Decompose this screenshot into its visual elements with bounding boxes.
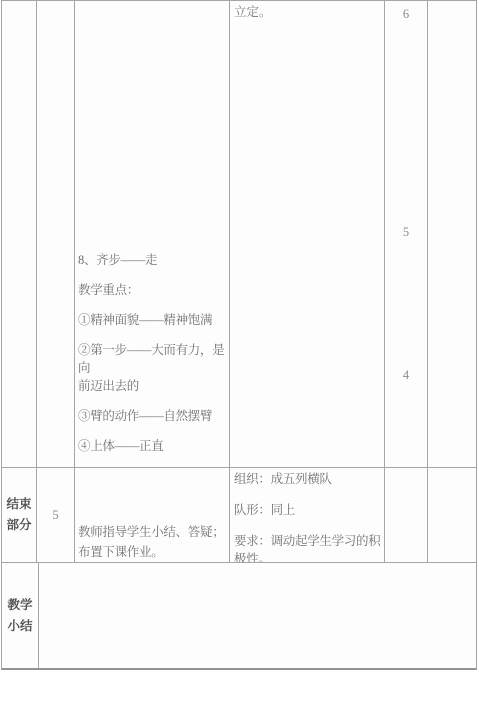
ending-minutes-cell-empty (385, 468, 428, 562)
minutes-value-top: 6 (385, 5, 427, 23)
time-cell-empty (37, 1, 75, 467)
content-line-point-4: ④上体——正直 (78, 437, 227, 455)
teaching-content-cell: 8、齐步——走 教学重点： ①精神面貌——精神饱满 ②第一步——大而有力，是向 … (75, 1, 230, 467)
teaching-summary-row: 教学小结 (2, 562, 476, 668)
content-line-exercise-title: 8、齐步——走 (78, 251, 227, 269)
ending-stage-cell: 结束部分 (2, 468, 37, 562)
ending-stage-label: 结束部分 (5, 494, 33, 536)
ending-org-line-queue: 队形：同上 (234, 501, 382, 519)
main-activity-row: 8、齐步——走 教学重点： ①精神面貌——精神饱满 ②第一步——大而有力，是向 … (2, 1, 476, 467)
ending-duration-cell: 5 (37, 468, 75, 562)
summary-label: 教学小结 (5, 595, 35, 637)
minutes-value-bottom: 4 (385, 366, 427, 384)
ending-remarks-cell-empty (428, 468, 476, 562)
content-line-point-3: ③臂的动作——自然摆臂 (78, 407, 227, 425)
summary-content-cell-empty (39, 563, 476, 668)
ending-duration-value: 5 (52, 508, 58, 523)
lesson-plan-table: 8、齐步——走 教学重点： ①精神面貌——精神饱满 ②第一步——大而有力，是向 … (1, 0, 477, 670)
content-line-point-1: ①精神面貌——精神饱满 (78, 311, 227, 329)
organization-text: 立定。 (234, 5, 272, 19)
minutes-value-middle: 5 (385, 223, 427, 241)
content-line-key-points-heading: 教学重点： (78, 281, 227, 299)
remarks-cell-empty (428, 1, 476, 467)
summary-label-cell: 教学小结 (2, 563, 39, 668)
minutes-cell: 6 5 4 (385, 1, 428, 467)
ending-section-row: 结束部分 5 教师指导学生小结、答疑； 布置下课作业。 组织：成五列横队 队形：… (2, 467, 476, 562)
ending-organization-cell: 组织：成五列横队 队形：同上 要求：调动起学生学习的积 极性。 (230, 468, 385, 562)
ending-org-line-formation: 组织：成五列横队 (234, 470, 382, 488)
ending-content-cell: 教师指导学生小结、答疑； 布置下课作业。 (75, 468, 230, 562)
ending-content-text: 教师指导学生小结、答疑； 布置下课作业。 (78, 525, 224, 559)
organization-cell: 立定。 (230, 1, 385, 467)
ending-org-line-requirement: 要求：调动起学生学习的积 极性。 (234, 532, 382, 562)
stage-cell-empty (2, 1, 37, 467)
content-line-point-2: ②第一步——大而有力，是向 前迈出去的 (78, 341, 227, 395)
